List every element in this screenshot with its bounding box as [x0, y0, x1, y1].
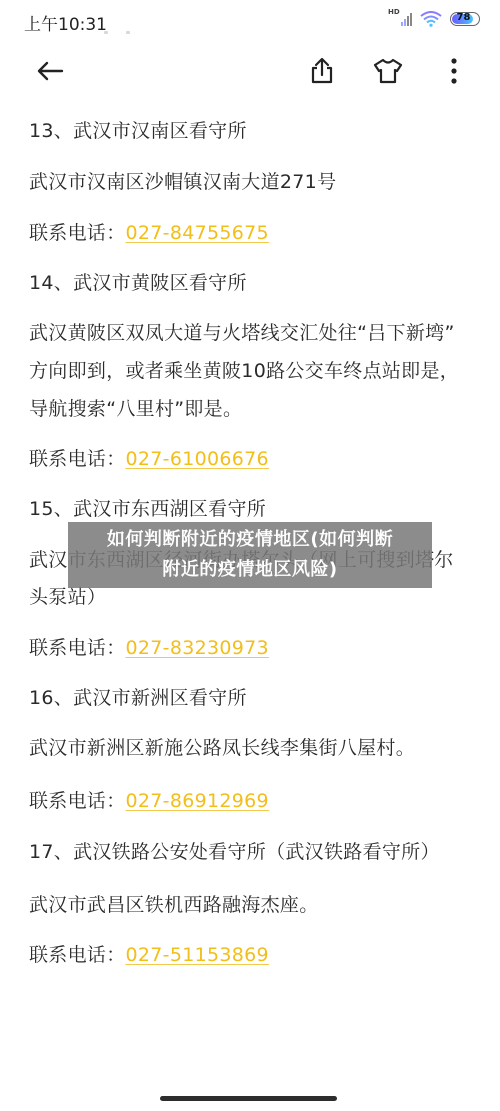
phone-label: 联系电话：	[29, 637, 126, 659]
battery-icon: 78	[450, 12, 480, 26]
back-button[interactable]	[33, 54, 67, 88]
arrow-left-icon	[35, 60, 65, 82]
toolbar	[0, 48, 500, 94]
entry-phone-row: 联系电话：027-83230973	[29, 636, 269, 660]
overlay-line-2: 附近的疫情地区风险)	[68, 555, 432, 585]
entry-phone-row: 联系电话：027-61006676	[29, 447, 269, 471]
phone-label: 联系电话：	[29, 944, 126, 966]
entry-address: 武汉市武昌区铁机西路融海杰座。	[29, 893, 319, 917]
entry-address: 头泵站）	[29, 585, 106, 609]
more-vertical-icon	[450, 58, 458, 84]
battery-level: 78	[451, 12, 476, 23]
notification-dots	[104, 19, 148, 38]
more-button[interactable]	[437, 54, 471, 88]
entry-title: 16、武汉市新洲区看守所	[29, 686, 247, 710]
cellular-signal-icon: HD	[388, 10, 412, 28]
status-icons: HD 78	[388, 10, 480, 28]
share-button[interactable]	[305, 54, 339, 88]
wifi-icon	[420, 11, 442, 27]
entry-address: 武汉市汉南区沙帽镇汉南大道271号	[29, 170, 336, 194]
entry-address: 导航搜索“八里村”即是。	[29, 397, 242, 421]
title-overlay: 如何判断附近的疫情地区(如何判断 附近的疫情地区风险)	[68, 522, 432, 588]
status-bar: 上午10:31 HD 78	[0, 0, 500, 42]
theme-button[interactable]	[371, 54, 405, 88]
entry-title: 13、武汉市汉南区看守所	[29, 119, 247, 143]
entry-address: 武汉黄陂区双凤大道与火塔线交汇处往“吕下新塆”	[29, 321, 455, 345]
entry-title: 15、武汉市东西湖区看守所	[29, 497, 266, 521]
phone-label: 联系电话：	[29, 448, 126, 470]
phone-link[interactable]: 027-83230973	[126, 637, 269, 659]
entry-phone-row: 联系电话：027-51153869	[29, 943, 269, 967]
status-time: 上午10:31	[24, 10, 107, 35]
phone-link[interactable]: 027-61006676	[126, 448, 269, 470]
entry-title: 14、武汉市黄陂区看守所	[29, 271, 247, 295]
overlay-title: 如何判断附近的疫情地区(如何判断 附近的疫情地区风险)	[68, 525, 432, 585]
phone-link[interactable]: 027-51153869	[126, 944, 269, 966]
overlay-line-1: 如何判断附近的疫情地区(如何判断	[68, 525, 432, 555]
phone-label: 联系电话：	[29, 790, 126, 812]
entry-title: 17、武汉铁路公安处看守所（武汉铁路看守所）	[29, 840, 440, 864]
entry-phone-row: 联系电话：027-84755675	[29, 221, 269, 245]
entry-address: 武汉市新洲区新施公路凤长线李集街八屋村。	[29, 736, 415, 760]
tshirt-icon	[373, 58, 403, 84]
phone-link[interactable]: 027-84755675	[126, 222, 269, 244]
entry-address: 方向即到，或者乘坐黄陂10路公交车终点站即是，	[29, 359, 459, 383]
entry-phone-row: 联系电话：027-86912969	[29, 789, 269, 813]
share-icon	[310, 57, 334, 85]
phone-link[interactable]: 027-86912969	[126, 790, 269, 812]
phone-label: 联系电话：	[29, 222, 126, 244]
network-label: HD	[388, 8, 400, 16]
home-indicator[interactable]	[160, 1096, 337, 1101]
